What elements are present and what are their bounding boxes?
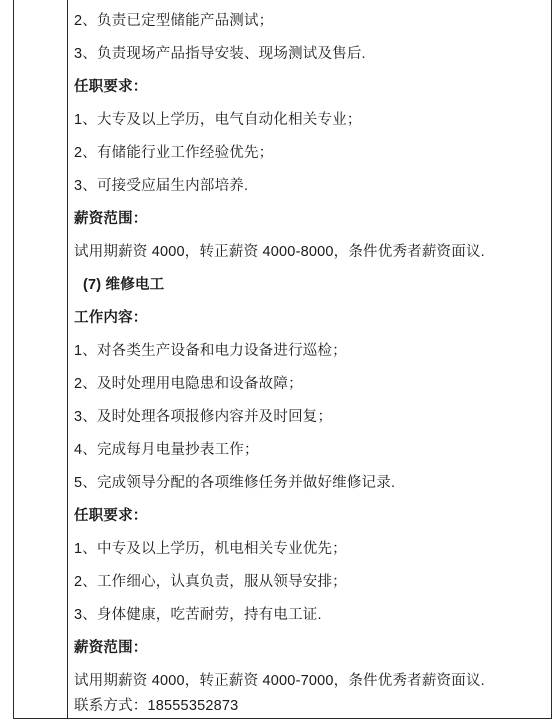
paragraph: 4、完成每月电量抄表工作； bbox=[74, 440, 539, 460]
paragraph: 试用期薪资 4000，转正薪资 4000-8000，条件优秀者薪资面议. bbox=[74, 242, 539, 262]
section-label: 薪资范围： bbox=[74, 638, 539, 658]
paragraph: 5、完成领导分配的各项维修任务并做好维修记录. bbox=[74, 473, 539, 493]
paragraph: 2、工作细心，认真负责，服从领导安排； bbox=[74, 572, 539, 592]
document-page: 2、负责已定型储能产品测试；3、负责现场产品指导安装、现场测试及售后.任职要求：… bbox=[0, 0, 559, 727]
section-label: 薪资范围： bbox=[74, 209, 539, 229]
paragraph: 2、有储能行业工作经验优先； bbox=[74, 143, 539, 163]
job-title-heading: (7) 维修电工 bbox=[74, 275, 539, 295]
section-label: 任职要求： bbox=[74, 77, 539, 97]
paragraph: 联系方式：18555352873 bbox=[74, 696, 539, 716]
job-posting-table: 2、负责已定型储能产品测试；3、负责现场产品指导安装、现场测试及售后.任职要求：… bbox=[13, 0, 552, 719]
table-right-cell: 2、负责已定型储能产品测试；3、负责现场产品指导安装、现场测试及售后.任职要求：… bbox=[68, 0, 551, 718]
paragraph: 试用期薪资 4000，转正薪资 4000-7000，条件优秀者薪资面议. bbox=[74, 671, 539, 691]
paragraph: 2、及时处理用电隐患和设备故障； bbox=[74, 374, 539, 394]
paragraph: 3、身体健康，吃苦耐劳，持有电工证. bbox=[74, 605, 539, 625]
paragraph: 3、及时处理各项报修内容并及时回复； bbox=[74, 407, 539, 427]
table-left-cell bbox=[14, 0, 68, 718]
section-label: 工作内容： bbox=[74, 308, 539, 328]
paragraph: 1、大专及以上学历，电气自动化相关专业； bbox=[74, 110, 539, 130]
paragraph: 2、负责已定型储能产品测试； bbox=[74, 11, 539, 31]
paragraph: 1、中专及以上学历，机电相关专业优先； bbox=[74, 539, 539, 559]
paragraph: 3、可接受应届生内部培养. bbox=[74, 176, 539, 196]
section-label: 任职要求： bbox=[74, 506, 539, 526]
paragraph: 1、对各类生产设备和电力设备进行巡检； bbox=[74, 341, 539, 361]
paragraph: 3、负责现场产品指导安装、现场测试及售后. bbox=[74, 44, 539, 64]
